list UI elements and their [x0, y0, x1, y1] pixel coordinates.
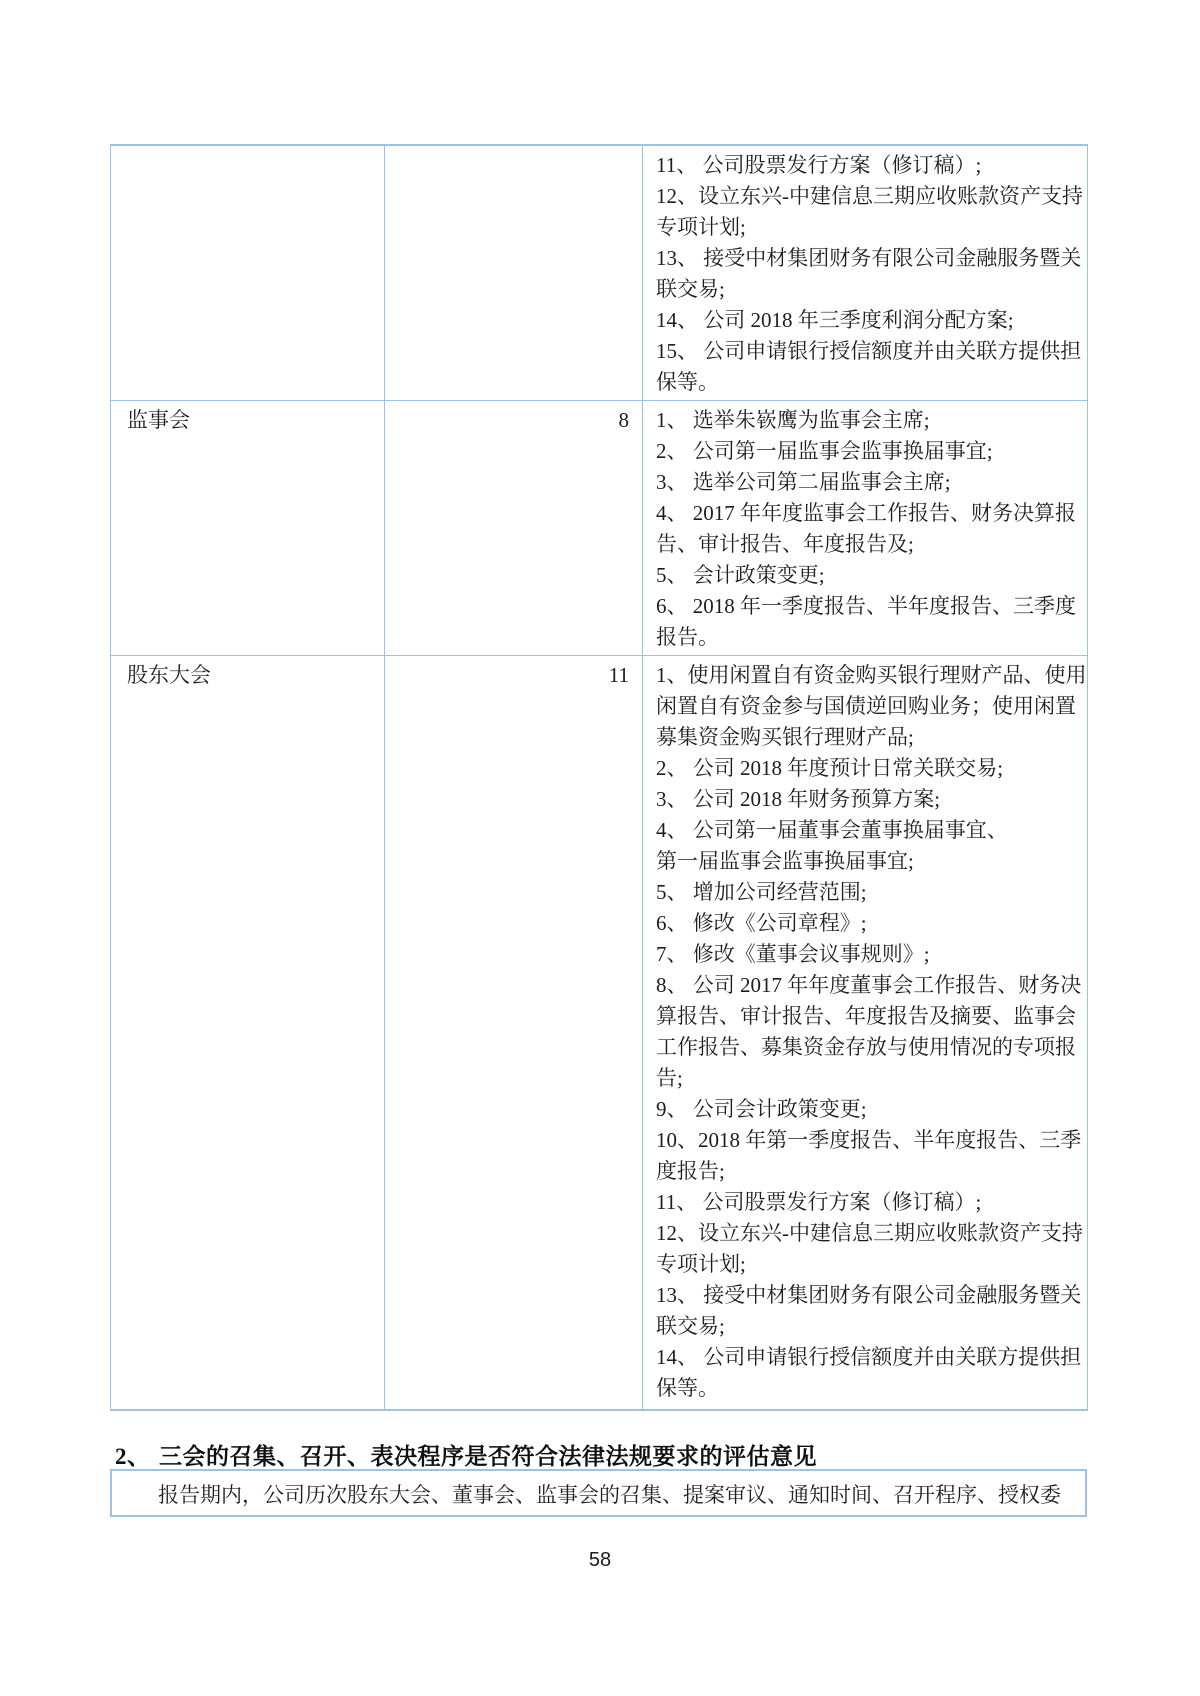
topic-line: 10、2018 年第一季度报告、半年度报告、三季 [656, 1125, 1087, 1156]
topic-line: 专项计划; [656, 212, 1083, 243]
topic-line: 11、 公司股票发行方案（修订稿）; [656, 150, 1083, 181]
topic-line: 14、 公司 2018 年三季度利润分配方案; [656, 305, 1083, 336]
document-page: 11、 公司股票发行方案（修订稿）;12、设立东兴-中建信息三期应收账款资产支持… [0, 0, 1200, 1696]
meeting-type-cell: 股东大会 [111, 656, 385, 1409]
topic-line: 9、 公司会计政策变更; [656, 1094, 1087, 1125]
topic-line: 4、 公司第一届董事会董事换届事宜、 [656, 815, 1087, 846]
table-row: 股东大会 11 1、使用闲置自有资金购买银行理财产品、使用闲置自有资金参与国债逆… [111, 655, 1087, 1409]
intro-paragraph-text: 报告期内，公司历次股东大会、董事会、监事会的召集、提案审议、通知时间、召开程序、… [112, 1471, 1085, 1510]
topic-line: 2、 公司第一届监事会监事换届事宜; [656, 436, 1081, 467]
meeting-count-cell: 11 [385, 656, 643, 1409]
topic-line: 保等。 [656, 1373, 1087, 1404]
meeting-count-cell [385, 146, 643, 400]
topic-line: 13、 接受中材集团财务有限公司金融服务暨关 [656, 1280, 1087, 1311]
topic-line: 11、 公司股票发行方案（修订稿）; [656, 1187, 1087, 1218]
section-title: 三会的召集、召开、表决程序是否符合法律法规要求的评估意见 [159, 1438, 817, 1471]
topic-line: 保等。 [656, 367, 1083, 398]
meeting-topics-cell: 11、 公司股票发行方案（修订稿）;12、设立东兴-中建信息三期应收账款资产支持… [643, 146, 1089, 400]
topic-line: 联交易; [656, 1311, 1087, 1342]
topic-line: 告; [656, 1063, 1087, 1094]
meeting-topics-cell: 1、 选举朱嵚鹰为监事会主席;2、 公司第一届监事会监事换届事宜;3、 选举公司… [643, 401, 1087, 655]
topic-line: 算报告、审计报告、年度报告及摘要、监事会 [656, 1001, 1087, 1032]
topic-line: 第一届监事会监事换届事宜; [656, 846, 1087, 877]
topic-line: 工作报告、募集资金存放与使用情况的专项报 [656, 1032, 1087, 1063]
topic-line: 14、 公司申请银行授信额度并由关联方提供担 [656, 1342, 1087, 1373]
topic-line: 3、 公司 2018 年财务预算方案; [656, 784, 1087, 815]
topic-line: 6、 2018 年一季度报告、半年度报告、三季度 [656, 591, 1081, 622]
meeting-topics-cell: 1、使用闲置自有资金购买银行理财产品、使用闲置自有资金参与国债逆回购业务；使用闲… [643, 656, 1093, 1409]
topic-line: 12、设立东兴-中建信息三期应收账款资产支持 [656, 1218, 1087, 1249]
topic-line: 4、 2017 年年度监事会工作报告、财务决算报 [656, 498, 1081, 529]
topic-line: 3、 选举公司第二届监事会主席; [656, 467, 1081, 498]
topic-line: 6、 修改《公司章程》; [656, 908, 1087, 939]
table-row: 11、 公司股票发行方案（修订稿）;12、设立东兴-中建信息三期应收账款资产支持… [111, 146, 1087, 400]
section-number: 2、 [115, 1438, 159, 1471]
topic-line: 专项计划; [656, 1249, 1087, 1280]
topic-line: 5、 增加公司经营范围; [656, 877, 1087, 908]
topic-line: 13、 接受中材集团财务有限公司金融服务暨关 [656, 243, 1083, 274]
topic-line: 募集资金购买银行理财产品; [656, 722, 1087, 753]
meeting-type-cell: 监事会 [111, 401, 385, 655]
topic-line: 联交易; [656, 274, 1083, 305]
topic-line: 15、 公司申请银行授信额度并由关联方提供担 [656, 336, 1083, 367]
topic-line: 闲置自有资金参与国债逆回购业务；使用闲置 [656, 691, 1087, 722]
topic-line: 12、设立东兴-中建信息三期应收账款资产支持 [656, 181, 1083, 212]
section-heading: 2、 三会的召集、召开、表决程序是否符合法律法规要求的评估意见 [115, 1438, 817, 1471]
topic-line: 度报告; [656, 1156, 1087, 1187]
topic-line: 5、 会计政策变更; [656, 560, 1081, 591]
meeting-type-cell [111, 146, 385, 400]
topic-line: 1、使用闲置自有资金购买银行理财产品、使用 [656, 660, 1087, 691]
meetings-table: 11、 公司股票发行方案（修订稿）;12、设立东兴-中建信息三期应收账款资产支持… [110, 144, 1088, 1411]
topic-line: 8、 公司 2017 年年度董事会工作报告、财务决 [656, 970, 1087, 1001]
page-number: 58 [0, 1549, 1200, 1572]
topic-line: 告、审计报告、年度报告及; [656, 529, 1081, 560]
topic-line: 1、 选举朱嵚鹰为监事会主席; [656, 405, 1081, 436]
intro-paragraph-box: 报告期内，公司历次股东大会、董事会、监事会的召集、提案审议、通知时间、召开程序、… [110, 1469, 1087, 1517]
meeting-count-cell: 8 [385, 401, 643, 655]
topic-line: 7、 修改《董事会议事规则》; [656, 939, 1087, 970]
topic-line: 2、 公司 2018 年度预计日常关联交易; [656, 753, 1087, 784]
table-row: 监事会 8 1、 选举朱嵚鹰为监事会主席;2、 公司第一届监事会监事换届事宜;3… [111, 400, 1087, 655]
topic-line: 报告。 [656, 622, 1081, 653]
